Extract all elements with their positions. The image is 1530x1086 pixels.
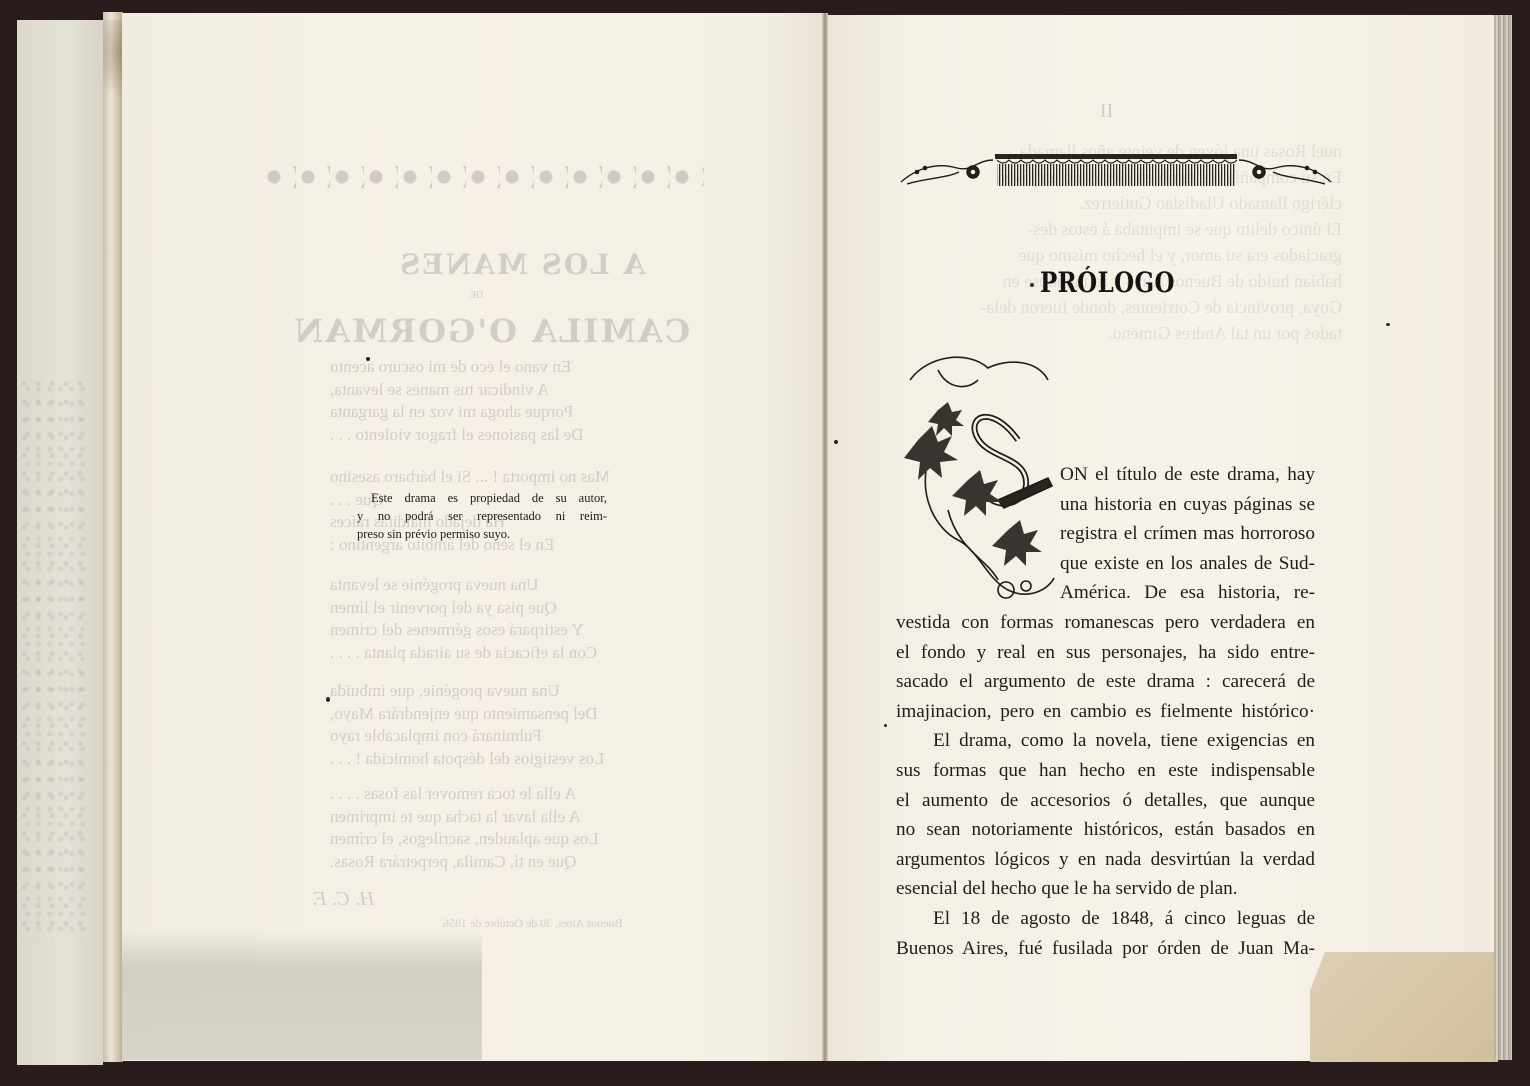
binding-strip <box>103 12 123 1062</box>
text-line: el fondo y real en sus personajes, ha si… <box>896 638 1315 668</box>
ghost-heading-sub: DE <box>470 290 483 301</box>
notice-line: y no podrá ser representado ni reim- <box>357 507 607 525</box>
paper-stain <box>1310 952 1498 1062</box>
ghost-page-number: II <box>1100 100 1113 123</box>
ghost-stanza: Una nueva progénie, que imbuida Del pens… <box>330 680 630 770</box>
text-line: El drama, como la novela, tiene exigenci… <box>896 726 1315 756</box>
ghost-stanza: Una nueva progénie se levanta Que pisa y… <box>330 574 630 664</box>
dropcap-paragraph: ON el título de este drama, hay una hist… <box>1060 460 1315 608</box>
text-line: argumentos lógicos y en nada desvirtúan … <box>896 845 1315 875</box>
text-line: que existe en los anales de Sud- <box>1060 549 1315 579</box>
text-line: ON el título de este drama, hay <box>1060 460 1315 490</box>
decorative-header-ornament <box>897 148 1335 190</box>
text-line: sacado el argumento de este drama : care… <box>896 667 1315 697</box>
ghost-dateline: Buenos Aires, 30 de Octubre de 1856. <box>440 916 623 931</box>
text-line: sus formas que han hecho en este indispe… <box>896 756 1315 786</box>
ghost-signature: H. C. F. <box>312 888 374 911</box>
ghost-heading: A LOS MANES <box>398 248 645 281</box>
left-page-tissue-overlay <box>122 930 482 1060</box>
text-line: vestida con formas romanescas pero verda… <box>896 608 1315 638</box>
text-line: no sean notoriamente históricos, están b… <box>896 815 1315 845</box>
text-line: esencial del hecho que le ha servido de … <box>896 874 1315 904</box>
foxing-spots <box>20 380 90 940</box>
text-line: América. De esa historia, re- <box>1060 578 1315 608</box>
text-line: registra el crímen mas horroroso <box>1060 519 1315 549</box>
body-paragraphs: vestida con formas romanescas pero verda… <box>896 608 1315 963</box>
text-line: una historia en cuyas páginas se <box>1060 490 1315 520</box>
ornamental-drop-cap-s-icon <box>898 350 1060 605</box>
ghost-ornament-border <box>262 166 707 188</box>
text-line: Buenos Aires, fué fusilada por órden de … <box>896 934 1315 964</box>
text-line: imajinacion, pero en cambio es fielmente… <box>896 697 1315 727</box>
copyright-notice: Este drama es propiedad de su autor, y n… <box>357 489 607 543</box>
text-line: el aumento de accesorios ó detalles, que… <box>896 786 1315 816</box>
notice-line: preso sin prévio permiso suyo. <box>357 525 607 543</box>
text-line: El 18 de agosto de 1848, á cinco leguas … <box>896 904 1315 934</box>
page-stack-edge <box>1494 15 1512 1060</box>
title-dot <box>1030 283 1034 287</box>
chapter-title: PRÓLOGO <box>1040 266 1175 299</box>
notice-line: Este drama es propiedad de su autor, <box>357 489 607 507</box>
ghost-stanza: A ella le toca remover las fosas . . . .… <box>330 783 630 873</box>
ghost-stanza: En vano el eco de mi oscuro acento A vin… <box>330 356 630 446</box>
book-scan: A LOS MANES DE CAMILA O'GORMAN En vano e… <box>0 0 1530 1086</box>
ghost-heading-name: CAMILA O'GORMAN <box>292 312 690 350</box>
